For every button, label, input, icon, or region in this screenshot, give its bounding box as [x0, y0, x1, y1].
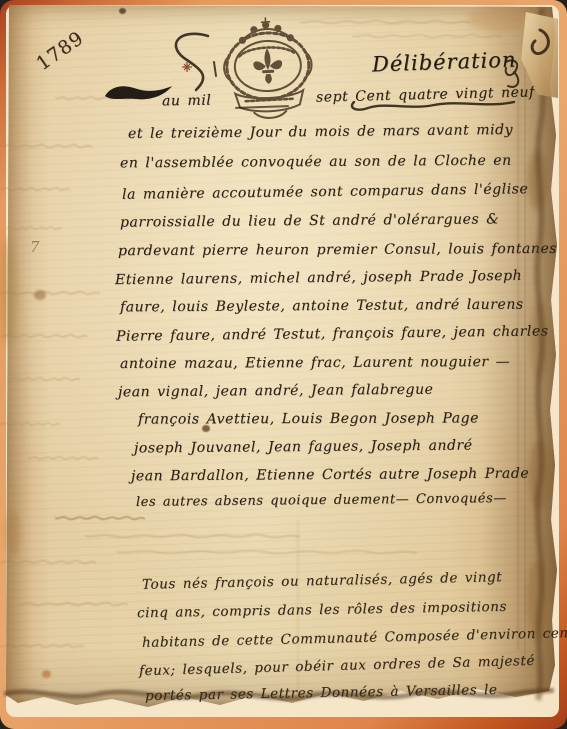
manuscript-line: en l'assemblée convoquée au son de la Cl… — [120, 154, 512, 171]
manuscript-line: jean Bardallon, Etienne Cortés autre Jos… — [131, 467, 529, 484]
manuscript-line: françois Avettieu, Louis Begon Joseph Pa… — [138, 411, 479, 426]
scanned-manuscript-photo: 1789 — [0, 0, 567, 729]
manuscript-line: jean vignal, jean andré, Jean falabregue — [118, 383, 434, 400]
corner-curl-shadow — [528, 28, 552, 68]
manuscript-line: antoine mazau, Etienne frac, Laurent nou… — [120, 355, 510, 371]
manuscript-line: faure, louis Beyleste, antoine Testut, a… — [120, 298, 524, 315]
torn-edge-bottom — [4, 682, 554, 710]
manuscript-line: les autres absens quoique duement— Convo… — [136, 492, 507, 509]
manuscript-line: et le treizième Jour du mois de mars ava… — [128, 123, 513, 141]
manuscript-line: pardevant pierre heuron premier Consul, … — [118, 242, 557, 258]
manuscript-line: parroissialle du lieu de St andré d'olér… — [120, 212, 499, 229]
manuscript-line: Etienne laurens, michel andré, joseph Pr… — [115, 269, 522, 287]
torn-edge-right — [528, 8, 556, 703]
margin-mark: 7 — [30, 238, 40, 256]
manuscript-line: au mil — [162, 94, 212, 109]
manuscript-line: joseph Jouvanel, Jean fagues, Joseph and… — [134, 439, 473, 456]
